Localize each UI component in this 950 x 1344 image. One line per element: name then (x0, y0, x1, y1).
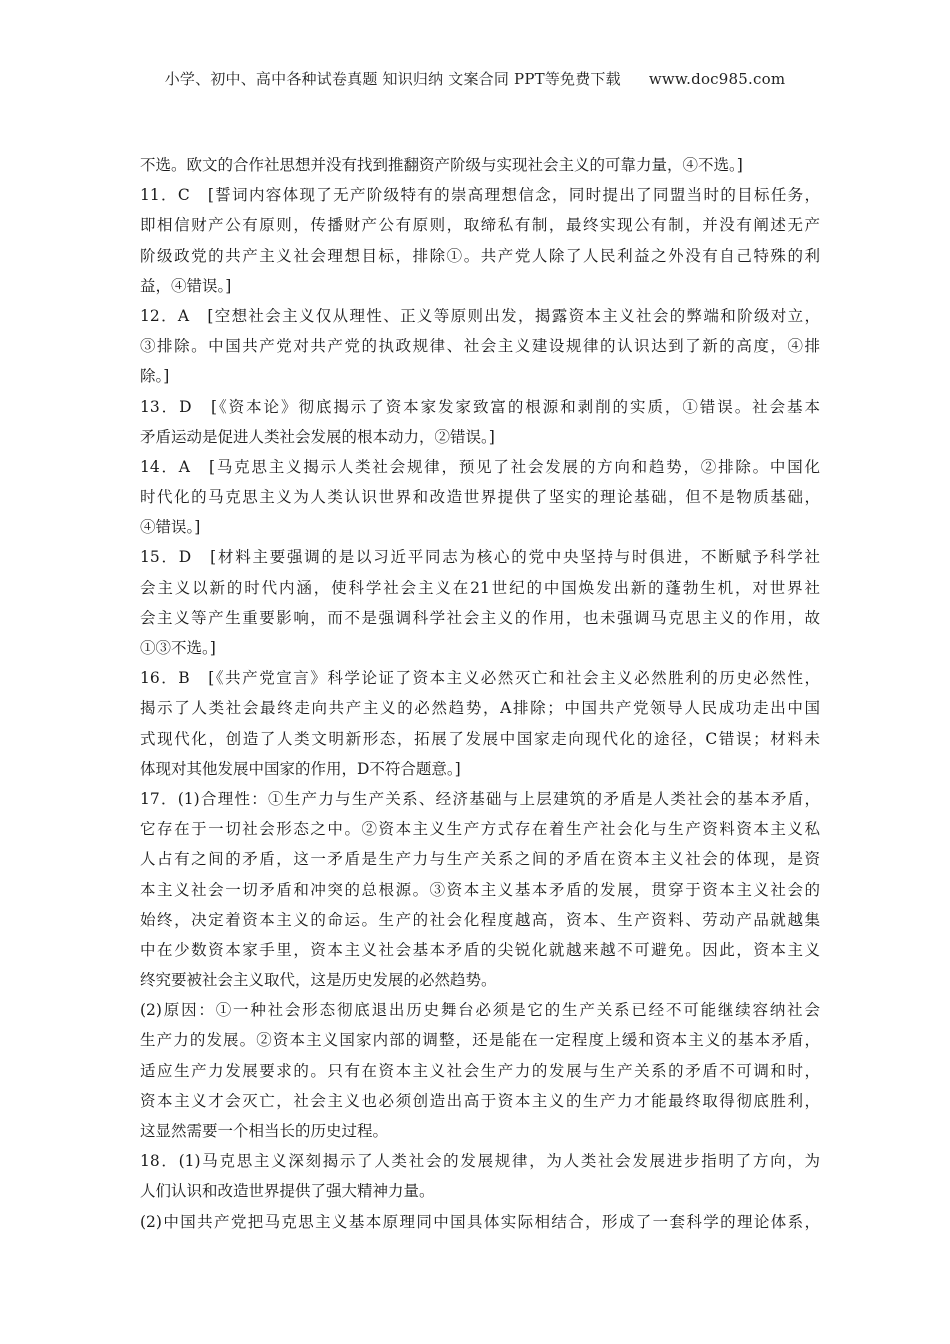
text-line: 本主义社会一切矛盾和冲突的总根源。③资本主义基本矛盾的发展，贯穿于资本主义社会的 (140, 875, 820, 905)
text-line: ③排除。中国共产党对共产党的执政规律、社会主义建设规律的认识达到了新的高度，④排 (140, 331, 820, 361)
text-line: 始终，决定着资本主义的命运。生产的社会化程度越高，资本、生产资料、劳动产品就越集 (140, 905, 820, 935)
text-line: 15．D [材料主要强调的是以习近平同志为核心的党中央坚持与时俱进，不断赋予科学… (140, 542, 820, 572)
text-line: 阶级政党的共产主义社会理想目标，排除①。共产党人除了人民利益之外没有自己特殊的利 (140, 241, 820, 271)
text-line: 会主义以新的时代内涵，使科学社会主义在21世纪的中国焕发出新的蓬勃生机，对世界社 (140, 573, 820, 603)
text-line: 这显然需要一个相当长的历史过程。 (140, 1116, 820, 1146)
text-line: 人们认识和改造世界提供了强大精神力量。 (140, 1176, 820, 1206)
header-text: 小学、初中、高中各种试卷真题 知识归纳 文案合同 PPT等免费下载 (165, 70, 621, 88)
text-line: 除。] (140, 361, 820, 391)
text-line: 生产力的发展。②资本主义国家内部的调整，还是能在一定程度上缓和资本主义的基本矛盾… (140, 1025, 820, 1055)
text-line: 14．A [马克思主义揭示人类社会规律，预见了社会发展的方向和趋势，②排除。中国… (140, 452, 820, 482)
text-line: 时代化的马克思主义为人类认识世界和改造世界提供了坚实的理论基础，但不是物质基础， (140, 482, 820, 512)
text-line: ④错误。] (140, 512, 820, 542)
text-line: 适应生产力发展要求的。只有在资本主义社会生产力的发展与生产关系的矛盾不可调和时， (140, 1056, 820, 1086)
answer-body: 不选。欧文的合作社思想并没有找到推翻资产阶级与实现社会主义的可靠力量，④不选。]… (140, 150, 820, 1237)
text-line: 会主义等产生重要影响，而不是强调科学社会主义的作用，也未强调马克思主义的作用，故 (140, 603, 820, 633)
text-line: 18．(1)马克思主义深刻揭示了人类社会的发展规律，为人类社会发展进步指明了方向… (140, 1146, 820, 1176)
text-line: 中在少数资本家手里，资本主义社会基本矛盾的尖锐化就越来越不可避免。因此，资本主义 (140, 935, 820, 965)
text-line: 终究要被社会主义取代，这是历史发展的必然趋势。 (140, 965, 820, 995)
text-line: 体现对其他发展中国家的作用，D不符合题意。] (140, 754, 820, 784)
page-header: 小学、初中、高中各种试卷真题 知识归纳 文案合同 PPT等免费下载www.doc… (0, 68, 950, 89)
text-line: 它存在于一切社会形态之中。②资本主义生产方式存在着生产社会化与生产资料资本主义私 (140, 814, 820, 844)
text-line: (2)中国共产党把马克思主义基本原理同中国具体实际相结合，形成了一套科学的理论体… (140, 1207, 820, 1237)
text-line: 即相信财产公有原则，传播财产公有原则，取缔私有制，最终实现公有制，并没有阐述无产 (140, 210, 820, 240)
text-line: 式现代化，创造了人类文明新形态，拓展了发展中国家走向现代化的途径，C错误；材料未 (140, 724, 820, 754)
text-line: 不选。欧文的合作社思想并没有找到推翻资产阶级与实现社会主义的可靠力量，④不选。] (140, 150, 820, 180)
text-line: 16．B [《共产党宣言》科学论证了资本主义必然灭亡和社会主义必然胜利的历史必然… (140, 663, 820, 693)
text-line: (2)原因：①一种社会形态彻底退出历史舞台必须是它的生产关系已经不可能继续容纳社… (140, 995, 820, 1025)
text-line: 资本主义才会灭亡，社会主义也必须创造出高于资本主义的生产力才能最终取得彻底胜利， (140, 1086, 820, 1116)
text-line: 13．D [《资本论》彻底揭示了资本家发家致富的根源和剥削的实质，①错误。社会基… (140, 392, 820, 422)
text-line: 17．(1)合理性：①生产力与生产关系、经济基础与上层建筑的矛盾是人类社会的基本… (140, 784, 820, 814)
text-line: ①③不选。] (140, 633, 820, 663)
text-line: 11．C [誓词内容体现了无产阶级特有的崇高理想信念，同时提出了同盟当时的目标任… (140, 180, 820, 210)
text-line: 人占有之间的矛盾，这一矛盾是生产力与生产关系之间的矛盾在资本主义社会的体现，是资 (140, 844, 820, 874)
header-site-link[interactable]: www.doc985.com (649, 70, 785, 88)
text-line: 矛盾运动是促进人类社会发展的根本动力，②错误。] (140, 422, 820, 452)
text-line: 12．A [空想社会主义仅从理性、正义等原则出发，揭露资本主义社会的弊端和阶级对… (140, 301, 820, 331)
text-line: 益，④错误。] (140, 271, 820, 301)
text-line: 揭示了人类社会最终走向共产主义的必然趋势，A排除；中国共产党领导人民成功走出中国 (140, 693, 820, 723)
